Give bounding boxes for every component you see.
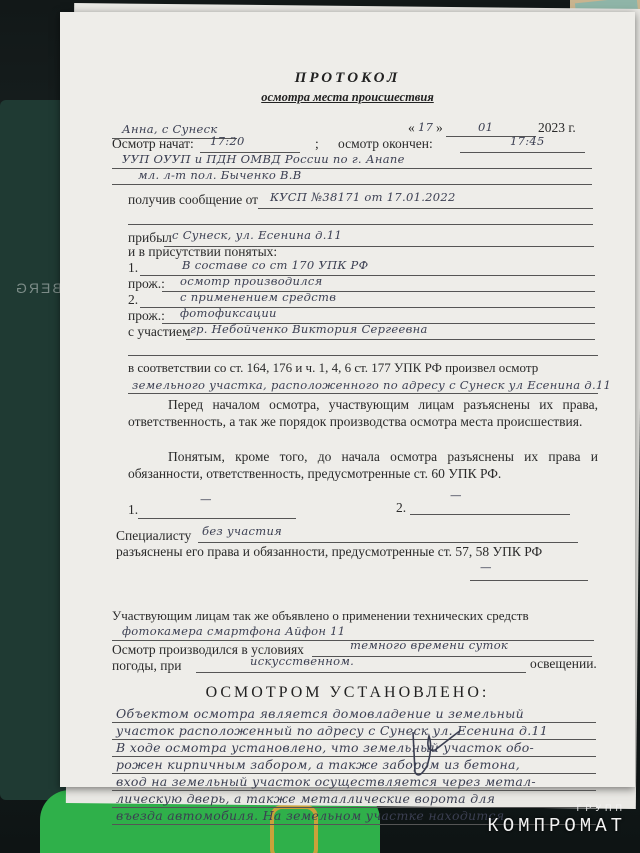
inspection-start-label: Осмотр начат: [112, 136, 194, 152]
witness1-value: В составе со ст 170 УПК РФ [182, 258, 368, 272]
document-title: ПРОТОКОЛ [60, 70, 635, 87]
watermark-superscript: ГРУПП [577, 803, 626, 813]
date-day: 17 [418, 120, 433, 134]
participant-line [186, 339, 595, 340]
inspection-object-value: земельного участка, расположенного по ад… [132, 378, 611, 392]
signature-icon [405, 722, 465, 782]
sign1-number: 1. [128, 502, 138, 518]
sign1-value: — [200, 492, 212, 506]
place-value: Анна, с Сунеск [122, 122, 217, 136]
participant-line2 [128, 355, 598, 356]
message-value: КУСП №38171 от 17.01.2022 [270, 190, 456, 204]
folder-label: BERG [14, 280, 62, 296]
residing1-value: осмотр производился [180, 274, 323, 288]
participant-label: с участием [128, 324, 191, 340]
weather-label: погоды, при [112, 658, 181, 674]
message-line2 [128, 224, 593, 225]
specialist-rights: разъяснены его права и обязанности, пред… [116, 544, 542, 560]
document-subtitle: осмотра места происшествия [60, 90, 635, 105]
participant-value: гр. Небойченко Виктория Сергеевна [190, 322, 428, 336]
date-day-suffix: » [436, 120, 443, 136]
specialist-sign-line [470, 580, 588, 581]
separator: ; [315, 136, 319, 152]
conditions-value: темного времени суток [350, 638, 508, 652]
specialist-label: Специалисту [116, 528, 191, 544]
sign2-number: 2. [396, 500, 406, 516]
specialist-line [198, 542, 578, 543]
date-month: 01 [478, 120, 493, 134]
specialist-value: без участия [202, 524, 282, 538]
findings-line: вход на земельный участок осуществляется… [116, 774, 536, 789]
weather-line [196, 672, 526, 673]
inspection-end-label: осмотр окончен: [338, 136, 433, 152]
specialist-sign: — [480, 560, 492, 574]
residing2-label: прож.: [128, 308, 165, 324]
officer-line2-rule [112, 184, 592, 185]
witness2-value: с применением средств [180, 290, 336, 304]
witness1-number: 1. [128, 260, 138, 276]
officer-line2: мл. л-т пол. Быченко В.В [138, 168, 301, 182]
findings-line: Объектом осмотра является домовладение и… [116, 706, 524, 721]
residing1-label: прож.: [128, 276, 165, 292]
officer-line1: УУП ОУУП и ПДН ОМВД России по г. Анапе [122, 152, 405, 166]
message-label: получив сообщение от [128, 192, 258, 208]
witnesses-rights-paragraph: Понятым, кроме того, до начала осмотра р… [128, 448, 598, 482]
protocol-document: ПРОТОКОЛ осмотра места происшествия Анна… [60, 12, 635, 787]
findings-line: лическую дверь, а также металлические во… [116, 791, 495, 806]
residing2-value: фотофиксации [180, 306, 277, 320]
message-line [258, 208, 593, 209]
tech-label: Участвующим лицам так же объявлено о при… [112, 608, 529, 624]
tech-value: фотокамера смартфона Айфон 11 [122, 624, 345, 638]
inspection-start-value: 17:20 [210, 134, 245, 148]
legal-basis: в соответствии со ст. 164, 176 и ч. 1, 4… [128, 360, 538, 376]
findings-heading: ОСМОТРОМ УСТАНОВЛЕНО: [60, 684, 635, 702]
inspection-end-value: 17:45 [510, 134, 545, 148]
inspection-object-line [128, 393, 598, 394]
arrived-value: с Сунеск, ул. Есенина д.11 [172, 228, 342, 242]
sign1-line [138, 518, 296, 519]
findings-line: В ходе осмотра установлено, что земельны… [116, 740, 534, 755]
inspection-end-line [460, 152, 585, 153]
rights-paragraph: Перед началом осмотра, участвующим лицам… [128, 396, 598, 430]
findings-line: въезда автомобиля. На земельном участке … [116, 808, 504, 823]
sign2-value: — [450, 488, 462, 502]
witness2-number: 2. [128, 292, 138, 308]
lighting-label: освещении. [530, 656, 597, 672]
watermark: КОМПРОМАТ [487, 815, 626, 837]
sign2-line [410, 514, 570, 515]
weather-value: искусственном. [250, 654, 354, 668]
findings-line: участок расположенный по адресу с Сунеск… [116, 723, 548, 738]
date-day-prefix: « [408, 120, 415, 136]
